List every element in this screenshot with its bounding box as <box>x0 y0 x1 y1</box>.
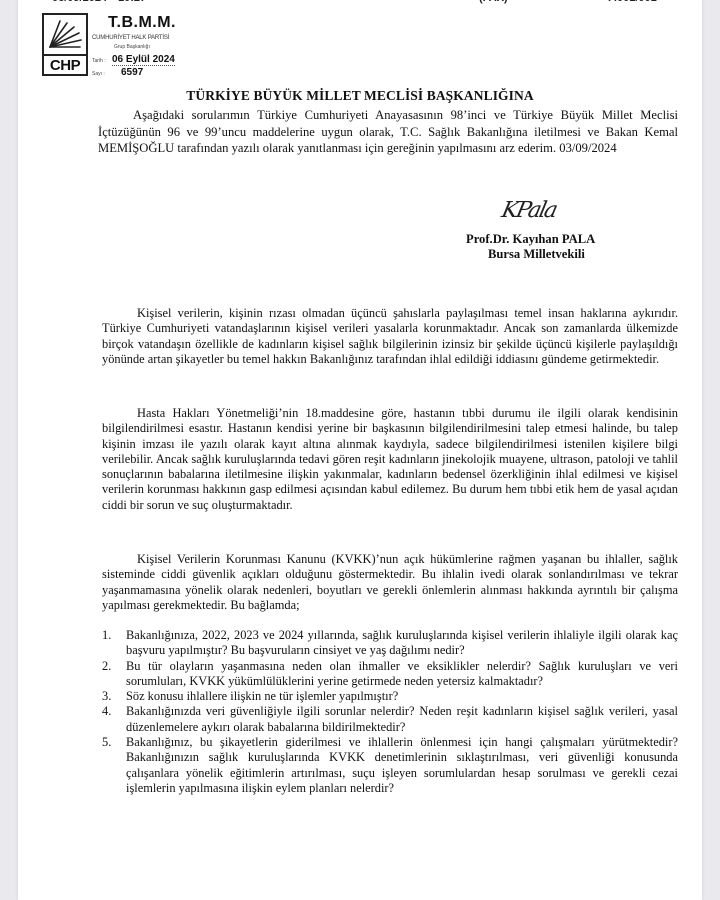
logo-text: CHP <box>44 57 86 74</box>
six-arrows-icon <box>46 17 84 53</box>
fax-header: 06/09/2024 10:27 (FAX) P.001/001 <box>18 0 702 6</box>
stamp-date-label: Tarih : <box>92 58 106 64</box>
question-item: 5. Bakanlığınız, bu şikayetlerin gideril… <box>102 735 678 796</box>
fax-label: (FAX) <box>479 0 508 4</box>
question-item: 3. Söz konusu ihlallere ilişkin ne tür i… <box>102 689 678 704</box>
question-text: Bakanlığınız, bu şikayetlerin giderilmes… <box>126 735 678 795</box>
chp-logo: CHP <box>42 13 88 76</box>
question-text: Bakanlığınıza, 2022, 2023 ve 2024 yıllar… <box>126 628 678 657</box>
question-text: Söz konusu ihlallere ilişkin ne tür işle… <box>126 689 398 703</box>
question-text: Bakanlığınızda veri güvenliğiyle ilgili … <box>126 704 678 733</box>
question-number: 2. <box>102 659 111 674</box>
signer-title: Bursa Milletvekili <box>488 247 585 262</box>
body-paragraph: Kişisel verilerin, kişinin rızası olmada… <box>102 306 678 367</box>
document-page: 06/09/2024 10:27 (FAX) P.001/001 CHP T.B… <box>18 0 702 900</box>
question-number: 5. <box>102 735 111 750</box>
question-item: 2. Bu tür olayların yaşanmasına neden ol… <box>102 659 678 690</box>
document-heading: TÜRKİYE BÜYÜK MİLLET MECLİSİ BAŞKANLIĞIN… <box>18 88 702 104</box>
stamp-date: 06 Eylül 2024 <box>112 54 175 66</box>
fax-time: 10:27 <box>118 0 146 4</box>
body-paragraph: Hasta Hakları Yönetmeliği’nin 18.maddesi… <box>102 406 678 513</box>
stamp-number: 6597 <box>121 67 143 78</box>
question-number: 1. <box>102 628 111 643</box>
question-item: 1. Bakanlığınıza, 2022, 2023 ve 2024 yıl… <box>102 628 678 659</box>
question-text: Bu tür olayların yaşanmasına neden olan … <box>126 659 678 688</box>
stamp-title: T.B.M.M. <box>108 14 176 32</box>
intro-paragraph: Aşağıdaki sorularımın Türkiye Cumhuriyet… <box>98 107 678 157</box>
registry-stamp: CHP T.B.M.M. CUMHURİYET HALK PARTİSİ Gru… <box>42 13 212 83</box>
question-item: 4. Bakanlığınızda veri güvenliğiyle ilgi… <box>102 704 678 735</box>
question-list: 1. Bakanlığınıza, 2022, 2023 ve 2024 yıl… <box>102 628 678 796</box>
stamp-party: CUMHURİYET HALK PARTİSİ <box>92 35 169 41</box>
question-number: 3. <box>102 689 111 704</box>
signature: KPala <box>499 198 558 223</box>
stamp-group: Grup Başkanlığı <box>114 44 150 50</box>
body-paragraph: Kişisel Verilerin Korunması Kanunu (KVKK… <box>102 552 678 613</box>
fax-page-number: P.001/001 <box>608 0 657 4</box>
fax-date: 06/09/2024 <box>52 0 107 4</box>
stamp-number-label: Sayı : <box>92 71 105 77</box>
signer-name: Prof.Dr. Kayıhan PALA <box>466 232 595 247</box>
question-number: 4. <box>102 704 111 719</box>
